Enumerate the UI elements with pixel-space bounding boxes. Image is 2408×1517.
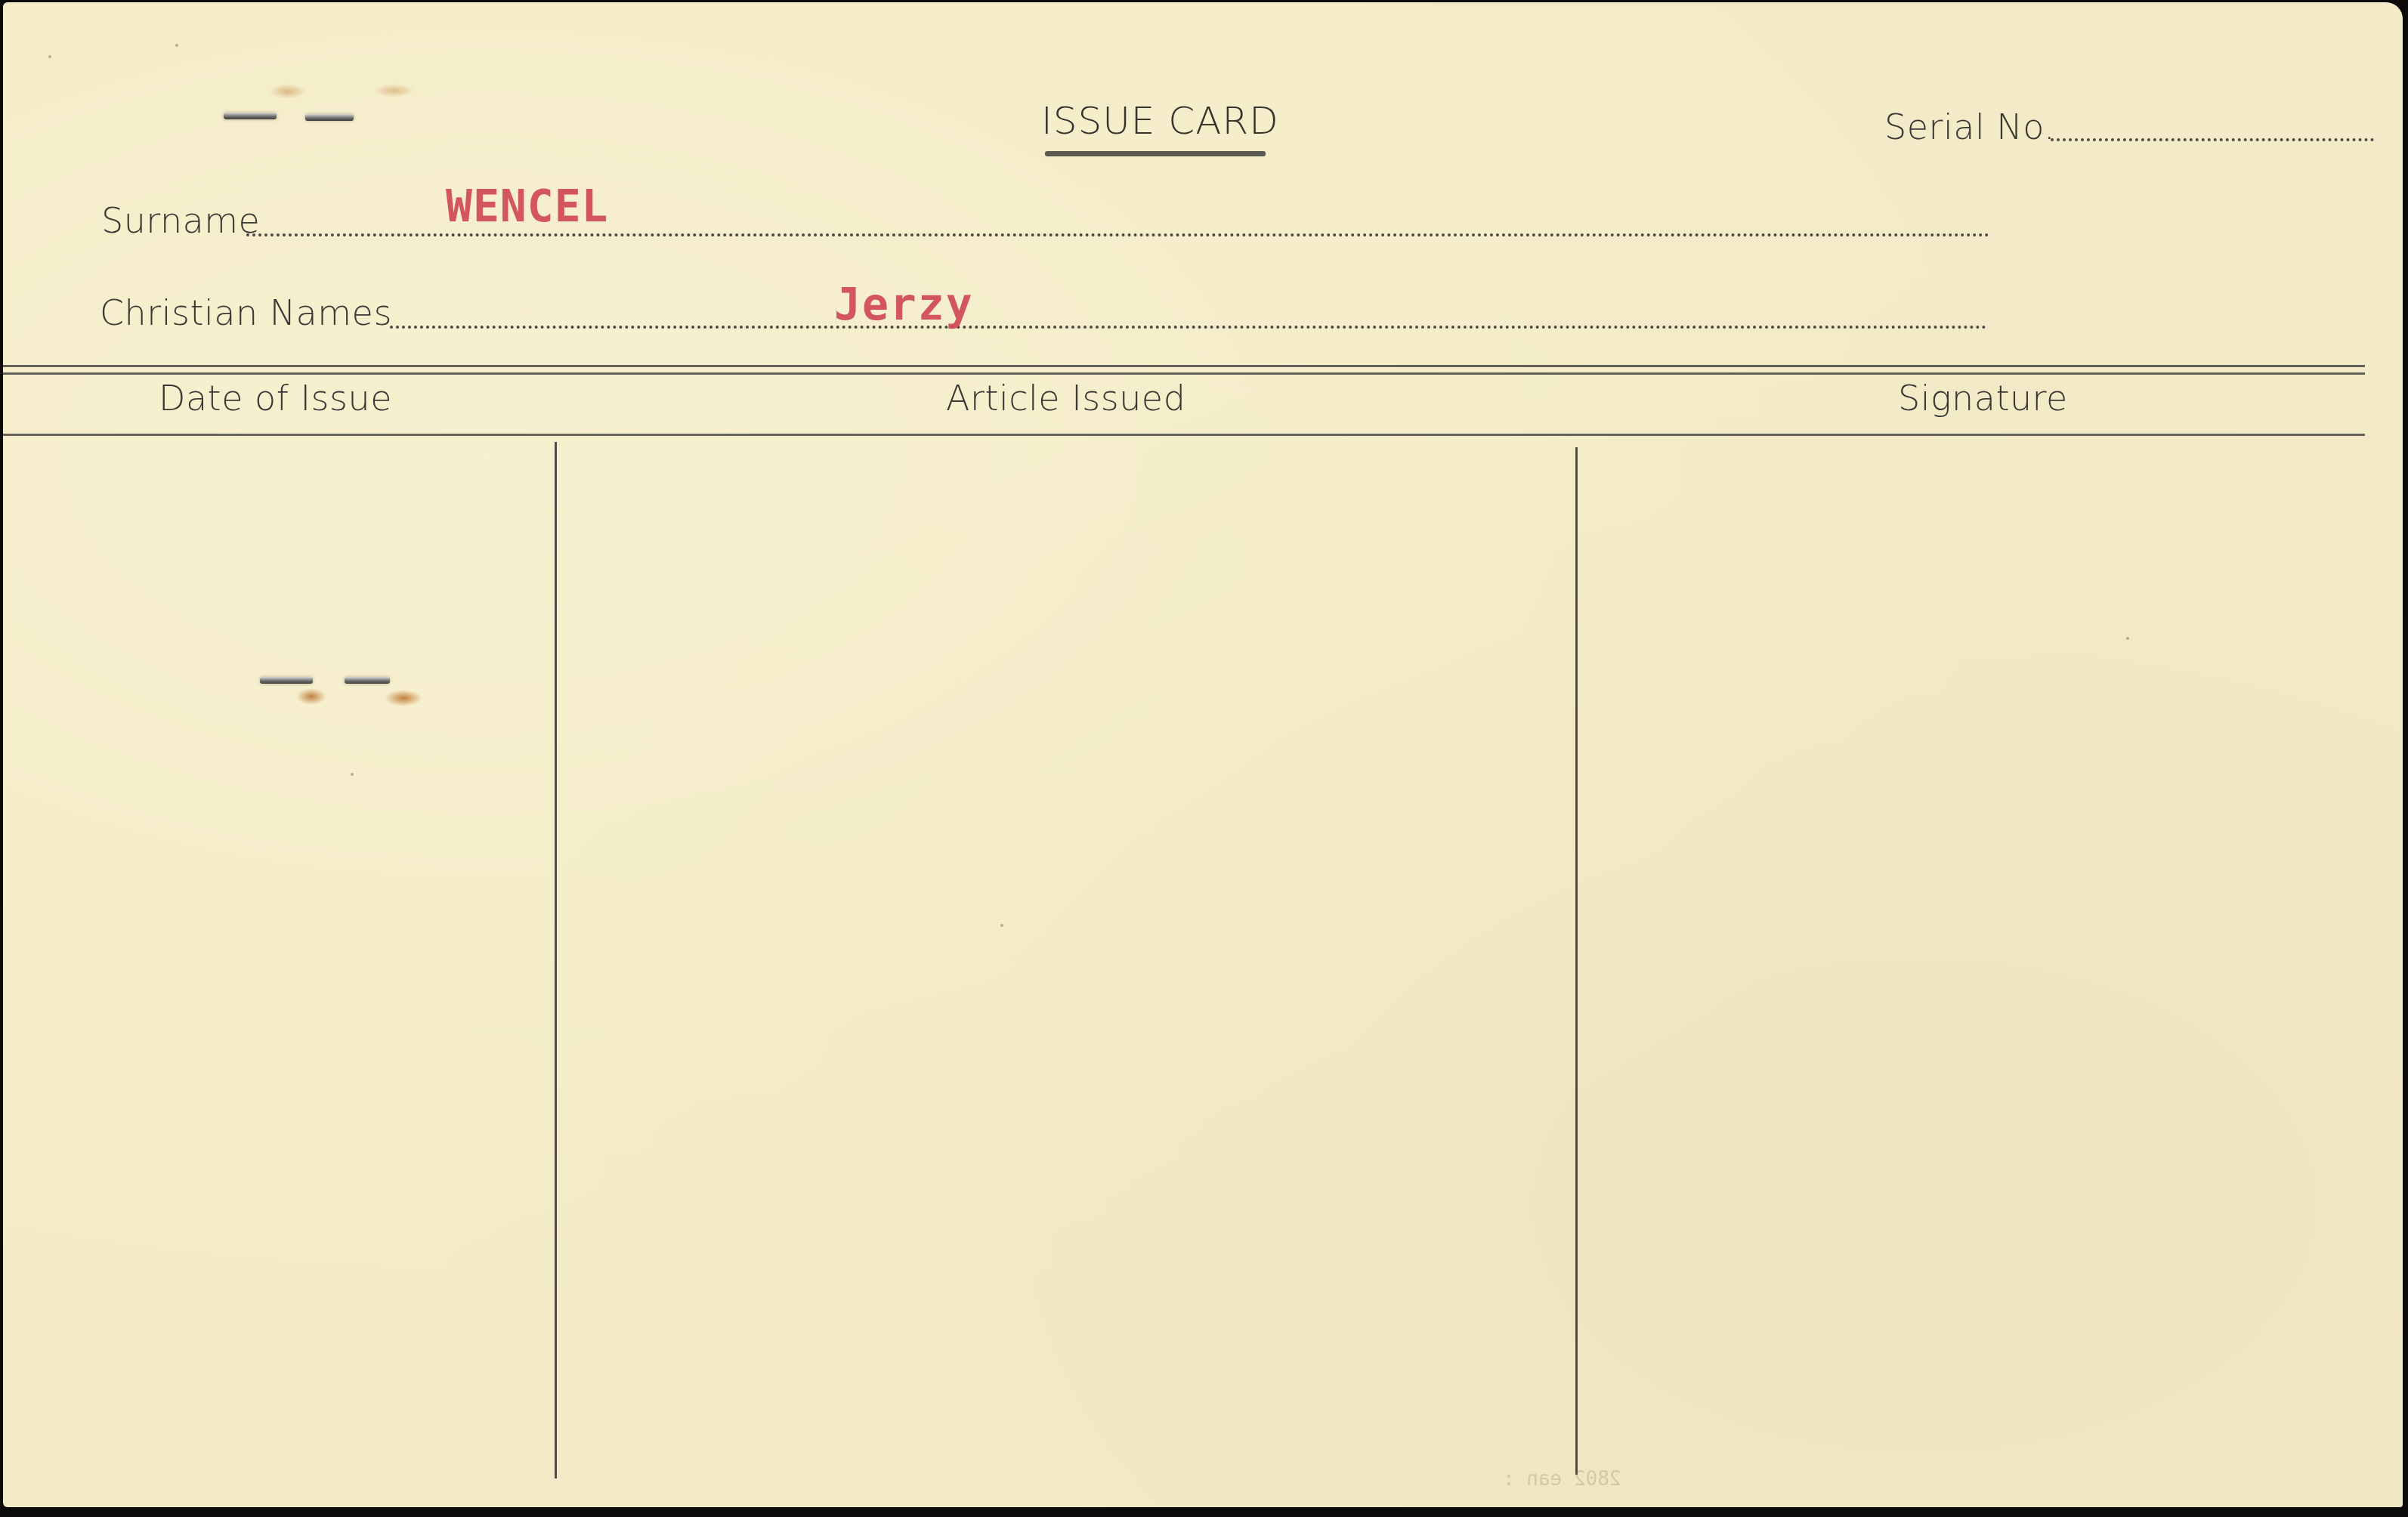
column-divider-left — [555, 442, 557, 1478]
column-header-signature: Signature — [1898, 378, 2068, 419]
surname-value: WENCEL — [446, 181, 609, 232]
serial-label: Serial No. — [1884, 107, 2055, 147]
paper-speck — [351, 773, 354, 776]
rust-stain — [296, 688, 326, 705]
staple-top-left-1 — [224, 113, 277, 119]
article-issued-column[interactable] — [559, 440, 1574, 1483]
serial-field[interactable] — [2051, 138, 2374, 141]
issue-card: ISSUE CARD Serial No. Surname WENCEL Chr… — [3, 2, 2403, 1507]
paper-speck — [1000, 924, 1003, 927]
column-divider-right — [1575, 447, 1578, 1475]
double-rule-top — [3, 365, 2365, 367]
christian-names-value: Jerzy — [834, 279, 974, 330]
staple-top-left-2 — [305, 114, 354, 121]
title-underline — [1045, 151, 1266, 156]
christian-names-field[interactable] — [390, 326, 1987, 329]
signature-column[interactable] — [1580, 440, 2366, 1483]
double-rule-bottom — [3, 372, 2365, 375]
column-header-article-issued: Article Issued — [946, 378, 1185, 419]
paper-speck — [48, 55, 51, 58]
rust-stain — [373, 84, 415, 97]
staple-middle-2 — [345, 677, 390, 684]
column-header-date-of-issue: Date of Issue — [159, 378, 392, 419]
show-through-text: 2802 ean : — [1503, 1468, 1621, 1491]
card-title: ISSUE CARD — [1041, 99, 1279, 143]
date-of-issue-column[interactable] — [3, 440, 553, 1483]
christian-names-label: Christian Names — [100, 292, 392, 333]
header-rule — [3, 434, 2365, 436]
paper-speck — [175, 44, 178, 47]
surname-label: Surname — [101, 200, 260, 241]
paper-speck — [2126, 637, 2129, 640]
rust-stain — [269, 84, 307, 99]
staple-middle-1 — [260, 677, 313, 684]
rust-stain — [385, 690, 422, 706]
surname-field[interactable] — [246, 233, 1990, 236]
